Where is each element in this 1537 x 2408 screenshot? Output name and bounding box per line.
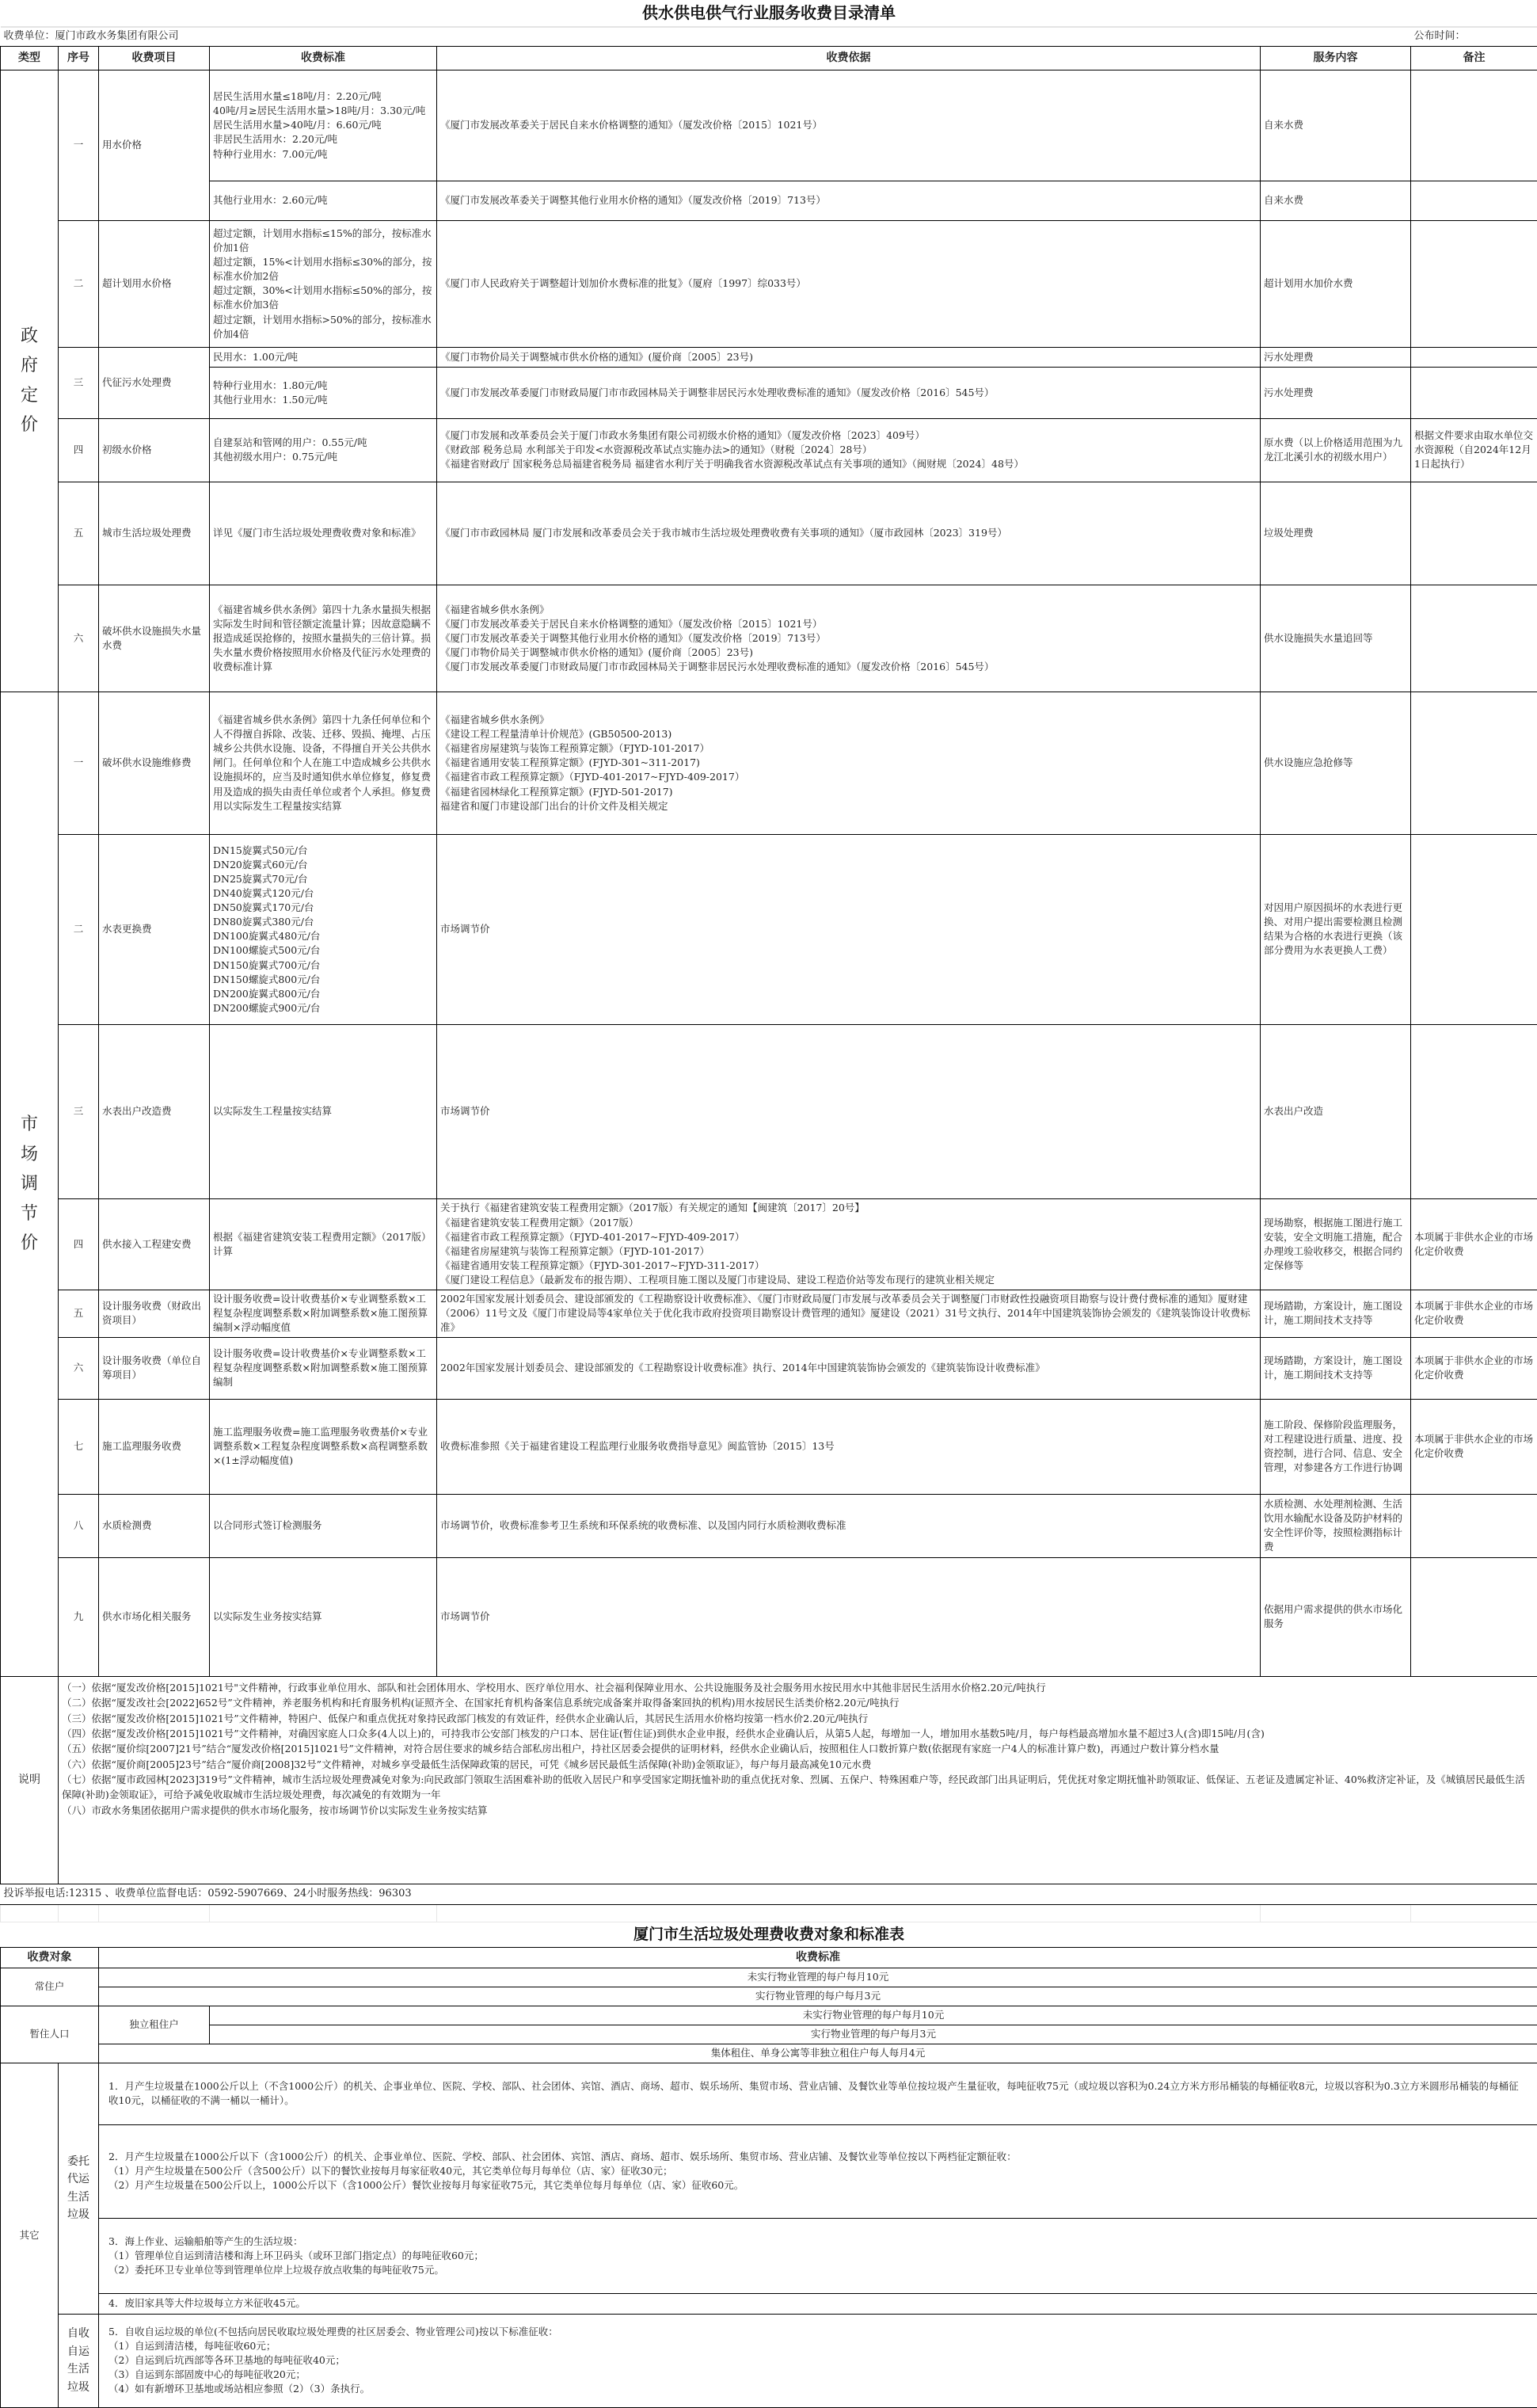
resident-fee-2: 实行物业管理的每户每月3元: [99, 1987, 1537, 2006]
table-row: 二超计划用水价格超过定额，计划用水指标≤15%的部分，按标准水价加1倍 超过定额…: [1, 220, 1537, 347]
table-row: 三水表出户改造费以实际发生工程量按实结算市场调节价水表出户改造: [1, 1024, 1537, 1198]
fee-basis: 2002年国家发展计划委员会、建设部颁发的《工程勘察设计收费标准》、《厦门市财政…: [437, 1290, 1261, 1337]
row-number: 九: [59, 1557, 99, 1676]
table-row: 三代征污水处理费民用水：1.00元/吨《厦门市物价局关于调整城市供水价格的通知》…: [1, 347, 1537, 367]
table-row: 九供水市场化相关服务以实际发生业务按实结算市场调节价依据用户需求提供的供水市场化…: [1, 1557, 1537, 1676]
fee-item: 水表出户改造费: [99, 1024, 210, 1198]
row-number: 二: [59, 220, 99, 347]
note-item: （四）依据“厦发改价格[2015]1021号”文件精神，对确因家庭人口众多(4人…: [62, 1726, 1534, 1741]
col-basis: 收费依据: [437, 46, 1261, 70]
remark: 本项属于非供水企业的市场化定价收费: [1411, 1290, 1537, 1337]
temporary-label: 暂住人口: [1, 2006, 99, 2063]
fee-item: 破坏供水设施损失水量水费: [99, 585, 210, 692]
service-content: 超计划用水加价水费: [1261, 220, 1411, 347]
note-item: （七）依据“厦市政园林[2023]319号”文件精神，城市生活垃圾处理费减免对象…: [62, 1772, 1534, 1803]
fee-basis: 市场调节价: [437, 1557, 1261, 1676]
table-row: 六设计服务收费（单位自筹项目）设计服务收费=设计收费基价×专业调整系数×工程复杂…: [1, 1337, 1537, 1399]
row-number: 六: [59, 585, 99, 692]
other-label: 其它: [1, 2063, 59, 2407]
fee-basis: 《厦门市物价局关于调整城市供水价格的通知》(厦价商〔2005〕23号): [437, 347, 1261, 367]
fee-standard: 以实际发生业务按实结算: [210, 1557, 437, 1676]
category-government: 政 府 定 价: [1, 70, 59, 692]
table-row: 四供水接入工程建安费根据《福建省建筑安装工程费用定额》（2017版）计算关于执行…: [1, 1198, 1537, 1290]
col-service: 服务内容: [1261, 46, 1411, 70]
resident-fee-1: 未实行物业管理的每户每月10元: [99, 1968, 1537, 1987]
col-item: 收费项目: [99, 46, 210, 70]
row-number: 一: [59, 70, 99, 220]
garbage-fee-table: 厦门市生活垃圾处理费收费对象和标准表 收费对象 收费标准 常住户 未实行物业管理…: [0, 1922, 1537, 2408]
table-row: 六破坏供水设施损失水量水费《福建省城乡供水条例》第四十九条水量损失根据实际发生时…: [1, 585, 1537, 692]
entrusted-label: 委托 代运 生活 垃圾: [59, 2063, 99, 2314]
fee-item: 供水市场化相关服务: [99, 1557, 210, 1676]
entrusted-rule-4: 4．废旧家具等大件垃圾每立方米征收45元。: [99, 2293, 1537, 2314]
fee-standard: 以合同形式签订检测服务: [210, 1494, 437, 1557]
service-content: 垃圾处理费: [1261, 482, 1411, 585]
note-item: （五）依据“厦价综[2007]21号”结合“厦发改价格[2015]1021号”文…: [62, 1741, 1534, 1756]
note-item: （八）市政水务集团依据用户需求提供的供水市场化服务，按市场调节价以实际发生业务按…: [62, 1803, 1534, 1818]
remark: [1411, 367, 1537, 418]
fee-basis: 《厦门市市政园林局 厦门市发展和改革委员会关于我市城市生活垃圾处理费收费有关事项…: [437, 482, 1261, 585]
fee-standard: 以实际发生工程量按实结算: [210, 1024, 437, 1198]
table-row: 五城市生活垃圾处理费详见《厦门市生活垃圾处理费收费对象和标准》《厦门市市政园林局…: [1, 482, 1537, 585]
notes-label: 说明: [1, 1676, 59, 1884]
remark: [1411, 1557, 1537, 1676]
page-title: 供水供电供气行业服务收费目录清单: [1, 0, 1537, 27]
service-content: 现场踏勘，方案设计，施工图设计，施工期间技术支持等: [1261, 1290, 1411, 1337]
remark: 根据文件要求由取水单位交水资源税（自2024年12月1日起执行）: [1411, 418, 1537, 482]
row-number: 一: [59, 692, 99, 834]
fee-item: 超计划用水价格: [99, 220, 210, 347]
col-standard: 收费标准: [210, 46, 437, 70]
fee-standard: 特种行业用水：1.80元/吨 其他行业用水：1.50元/吨: [210, 367, 437, 418]
col-fee-standard: 收费标准: [99, 1948, 1537, 1968]
self-transport-label: 自收 自运 生活 垃圾: [59, 2314, 99, 2407]
fee-item: 设计服务收费（单位自筹项目）: [99, 1337, 210, 1399]
self-transport-rule: 5．自收自运垃圾的单位(不包括向居民收取垃圾处理费的社区居委会、物业管理公司)按…: [99, 2314, 1537, 2407]
remark: [1411, 220, 1537, 347]
table-row: 五设计服务收费（财政出资项目）设计服务收费=设计收费基价×专业调整系数×工程复杂…: [1, 1290, 1537, 1337]
fee-standard: 设计服务收费=设计收费基价×专业调整系数×工程复杂程度调整系数×附加调整系数×施…: [210, 1337, 437, 1399]
independent-tenant-label: 独立租住户: [99, 2006, 210, 2044]
fee-basis: 收费标准参照《关于福建省建设工程监理行业服务收费指导意见》闽监管协〔2015〕1…: [437, 1399, 1261, 1494]
row-number: 八: [59, 1494, 99, 1557]
notes-content: （一）依据“厦发改价格[2015]1021号"文件精神，行政事业单位用水、部队和…: [59, 1676, 1537, 1884]
table-row: 政 府 定 价一用水价格居民生活用水量≤18吨/月：2.20元/吨 40吨/月≥…: [1, 70, 1537, 181]
service-content: 供水设施应急抢修等: [1261, 692, 1411, 834]
garbage-table-title: 厦门市生活垃圾处理费收费对象和标准表: [1, 1922, 1537, 1948]
service-content: 自来水费: [1261, 181, 1411, 220]
row-number: 四: [59, 418, 99, 482]
government-pricing-section: 政 府 定 价一用水价格居民生活用水量≤18吨/月：2.20元/吨 40吨/月≥…: [1, 70, 1537, 692]
fee-item: 设计服务收费（财政出资项目）: [99, 1290, 210, 1337]
fee-basis: 市场调节价，收费标准参考卫生系统和环保系统的收费标准、以及国内同行水质检测收费标…: [437, 1494, 1261, 1557]
entrusted-rule-3: 3．海上作业、运输船舶等产生的生活垃圾： （1）管理单位自运到清洁楼和海上环卫码…: [99, 2218, 1537, 2293]
fee-basis: 《厦门市发展改革委关于居民自来水价格调整的通知》（厦发改价格〔2015〕1021…: [437, 70, 1261, 181]
fee-item: 城市生活垃圾处理费: [99, 482, 210, 585]
publish-time: 公布时间：: [1411, 27, 1537, 46]
remark: [1411, 692, 1537, 834]
table-header: 类型 序号 收费项目 收费标准 收费依据 服务内容 备注: [1, 46, 1537, 70]
fee-item: 施工监理服务收费: [99, 1399, 210, 1494]
entrusted-rule-2: 2．月产生垃圾量在1000公斤以下（含1000公斤）的机关、企事业单位、医院、学…: [99, 2124, 1537, 2218]
fee-catalog-table: 供水供电供气行业服务收费目录清单 收费单位：厦门市政水务集团有限公司 公布时间：…: [0, 0, 1537, 1922]
table-row: 市 场 调 节 价一破坏供水设施维修费《福建省城乡供水条例》第四十九条任何单位和…: [1, 692, 1537, 834]
service-content: 原水费（以上价格适用范围为九龙江北溪引水的初级水用户）: [1261, 418, 1411, 482]
remark: [1411, 834, 1537, 1024]
note-item: （一）依据“厦发改价格[2015]1021号"文件精神，行政事业单位用水、部队和…: [62, 1680, 1534, 1695]
remark: [1411, 347, 1537, 367]
remark: [1411, 1024, 1537, 1198]
table-row: 特种行业用水：1.80元/吨 其他行业用水：1.50元/吨《厦门市发展改革委厦门…: [1, 367, 1537, 418]
fee-basis: 关于执行《福建省建筑安装工程费用定额》（2017版）有关规定的通知【闽建筑〔20…: [437, 1198, 1261, 1290]
resident-label: 常住户: [1, 1968, 99, 2006]
remark: [1411, 585, 1537, 692]
charging-unit: 收费单位：厦门市政水务集团有限公司: [1, 27, 437, 46]
service-content: 施工阶段、保修阶段监理服务，对工程建设进行质量、进度、投资控制，进行合同、信息、…: [1261, 1399, 1411, 1494]
row-number: 三: [59, 347, 99, 418]
row-number: 五: [59, 482, 99, 585]
temporary-fee-1: 未实行物业管理的每户每月10元: [210, 2006, 1537, 2025]
row-number: 三: [59, 1024, 99, 1198]
market-pricing-section: 市 场 调 节 价一破坏供水设施维修费《福建省城乡供水条例》第四十九条任何单位和…: [1, 692, 1537, 1676]
remark: [1411, 181, 1537, 220]
fee-basis: 2002年国家发展计划委员会、建设部颁发的《工程勘察设计收费标准》执行、2014…: [437, 1337, 1261, 1399]
note-item: （六）依据“厦价商[2005]23号”结合“厦价商[2008]32号”文件精神，…: [62, 1757, 1534, 1772]
table-row: 七施工监理服务收费施工监理服务收费=施工监理服务收费基价×专业调整系数×工程复杂…: [1, 1399, 1537, 1494]
fee-standard: DN15旋翼式50元/台 DN20旋翼式60元/台 DN25旋翼式70元/台 D…: [210, 834, 437, 1024]
hotline-info: 投诉举报电话:12315 、收费单位监督电话：0592-5907669、24小时…: [1, 1884, 1537, 1904]
fee-item: 供水接入工程建安费: [99, 1198, 210, 1290]
service-content: 水表出户改造: [1261, 1024, 1411, 1198]
fee-basis: 市场调节价: [437, 834, 1261, 1024]
service-content: 自来水费: [1261, 70, 1411, 181]
temporary-fee-2: 实行物业管理的每户每月3元: [210, 2025, 1537, 2044]
fee-item: 水质检测费: [99, 1494, 210, 1557]
collective-fee: 集体租住、单身公寓等非独立租住户每人每月4元: [99, 2044, 1537, 2063]
remark: [1411, 1494, 1537, 1557]
note-item: （三）依据“厦发改价格[2015]1021号”文件精神，特困户、低保户和重点优抚…: [62, 1711, 1534, 1726]
service-content: 现场踏勘，方案设计，施工图设计，施工期间技术支持等: [1261, 1337, 1411, 1399]
fee-item: 破坏供水设施维修费: [99, 692, 210, 834]
fee-basis: 《福建省城乡供水条例》 《建设工程工程量清单计价规范》(GB50500-2013…: [437, 692, 1261, 834]
fee-item: 初级水价格: [99, 418, 210, 482]
table-row: 四初级水价格自建泵站和管网的用户：0.55元/吨 其他初级水用户：0.75元/吨…: [1, 418, 1537, 482]
row-number: 五: [59, 1290, 99, 1337]
fee-standard: 根据《福建省建筑安装工程费用定额》（2017版）计算: [210, 1198, 437, 1290]
service-content: 污水处理费: [1261, 367, 1411, 418]
fee-basis: 《厦门市发展改革委厦门市财政局厦门市市政园林局关于调整非居民污水处理收费标准的通…: [437, 367, 1261, 418]
service-content: 对因用户原因损坏的水表进行更换、对用户提出需要检测且检测结果为合格的水表进行更换…: [1261, 834, 1411, 1024]
fee-basis: 《厦门市发展改革委关于调整其他行业用水价格的通知》（厦发改价格〔2019〕713…: [437, 181, 1261, 220]
col-remark: 备注: [1411, 46, 1537, 70]
fee-basis: 《厦门市人民政府关于调整超计划加价水费标准的批复》（厦府〔1997〕综033号）: [437, 220, 1261, 347]
col-no: 序号: [59, 46, 99, 70]
service-content: 水质检测、水处理剂检测、生活饮用水输配水设备及防护材料的安全性评价等，按照检测指…: [1261, 1494, 1411, 1557]
fee-standard: 详见《厦门市生活垃圾处理费收费对象和标准》: [210, 482, 437, 585]
col-target: 收费对象: [1, 1948, 99, 1968]
fee-item: 用水价格: [99, 70, 210, 220]
category-market: 市 场 调 节 价: [1, 692, 59, 1676]
fee-standard: 设计服务收费=设计收费基价×专业调整系数×工程复杂程度调整系数×附加调整系数×施…: [210, 1290, 437, 1337]
remark: [1411, 70, 1537, 181]
fee-standard: 施工监理服务收费=施工监理服务收费基价×专业调整系数×工程复杂程度调整系数×高程…: [210, 1399, 437, 1494]
service-content: 污水处理费: [1261, 347, 1411, 367]
remark: [1411, 482, 1537, 585]
entrusted-rule-1: 1．月产生垃圾量在1000公斤以上（不含1000公斤）的机关、企事业单位、医院、…: [99, 2063, 1537, 2124]
fee-standard: 《福建省城乡供水条例》第四十九条水量损失根据实际发生时间和管径额定流量计算；因故…: [210, 585, 437, 692]
row-number: 四: [59, 1198, 99, 1290]
service-content: 依据用户需求提供的供水市场化服务: [1261, 1557, 1411, 1676]
fee-basis: 《福建省城乡供水条例》 《厦门市发展改革委关于居民自来水价格调整的通知》（厦发改…: [437, 585, 1261, 692]
col-type: 类型: [1, 46, 59, 70]
fee-standard: 民用水：1.00元/吨: [210, 347, 437, 367]
remark: 本项属于非供水企业的市场化定价收费: [1411, 1399, 1537, 1494]
service-content: 现场勘察，根据施工图进行施工安装，安全文明施工措施，配合办理竣工验收移交，根据合…: [1261, 1198, 1411, 1290]
fee-item: 代征污水处理费: [99, 347, 210, 418]
fee-standard: 超过定额，计划用水指标≤15%的部分，按标准水价加1倍 超过定额，15%<计划用…: [210, 220, 437, 347]
fee-basis: 《厦门市发展和改革委员会关于厦门市政水务集团有限公司初级水价格的通知》（厦发改价…: [437, 418, 1261, 482]
table-row: 其他行业用水：2.60元/吨《厦门市发展改革委关于调整其他行业用水价格的通知》（…: [1, 181, 1537, 220]
fee-standard: 其他行业用水：2.60元/吨: [210, 181, 437, 220]
remark: 本项属于非供水企业的市场化定价收费: [1411, 1337, 1537, 1399]
fee-standard: 居民生活用水量≤18吨/月：2.20元/吨 40吨/月≥居民生活用水量>18吨/…: [210, 70, 437, 181]
service-content: 供水设施损失水量追回等: [1261, 585, 1411, 692]
note-item: （二）依据“厦发改社会[2022]652号”文件精神，养老服务机构和托育服务机构…: [62, 1695, 1534, 1710]
table-row: 八水质检测费以合同形式签订检测服务市场调节价，收费标准参考卫生系统和环保系统的收…: [1, 1494, 1537, 1557]
row-number: 二: [59, 834, 99, 1024]
fee-standard: 《福建省城乡供水条例》第四十九条任何单位和个人不得擅自拆除、改装、迁移、毁损、掩…: [210, 692, 437, 834]
table-row: 二水表更换费DN15旋翼式50元/台 DN20旋翼式60元/台 DN25旋翼式7…: [1, 834, 1537, 1024]
fee-item: 水表更换费: [99, 834, 210, 1024]
fee-standard: 自建泵站和管网的用户：0.55元/吨 其他初级水用户：0.75元/吨: [210, 418, 437, 482]
fee-basis: 市场调节价: [437, 1024, 1261, 1198]
row-number: 七: [59, 1399, 99, 1494]
row-number: 六: [59, 1337, 99, 1399]
remark: 本项属于非供水企业的市场化定价收费: [1411, 1198, 1537, 1290]
